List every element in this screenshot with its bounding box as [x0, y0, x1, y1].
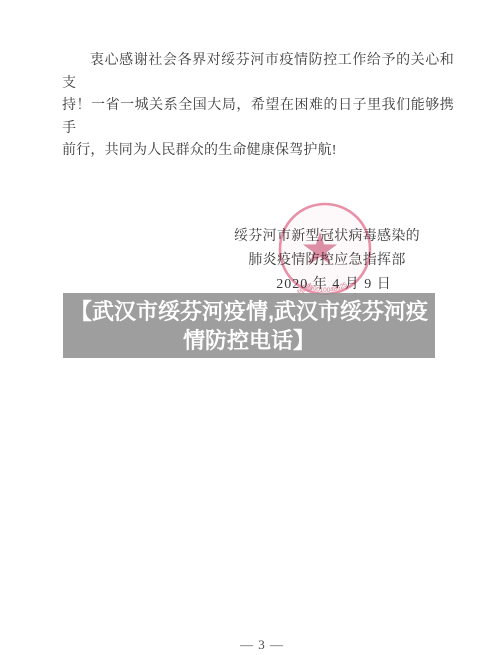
- scanned-document-page: 衷心感谢社会各界对绥芬河市疫情防控工作给予的关心和支 持！一省一城关系全国大局，…: [0, 0, 500, 655]
- paragraph-line: 衷心感谢社会各界对绥芬河市疫情防控工作给予的关心和支: [62, 50, 454, 95]
- paragraph-line: 持！一省一城关系全国大局，希望在困难的日子里我们能够携手: [62, 95, 454, 140]
- banner-text-line-1: 【武汉市绥芬河疫情,武汉市绥芬河疫: [63, 297, 435, 326]
- body-paragraph: 衷心感谢社会各界对绥芬河市疫情防控工作给予的关心和支 持！一省一城关系全国大局，…: [62, 50, 454, 163]
- caption-overlay-banner: 【武汉市绥芬河疫情,武汉市绥芬河疫 情防控电话】: [63, 293, 435, 358]
- page-number: — 3 —: [0, 637, 500, 653]
- official-seal: 绥芬河市新型冠状病毒感染的肺炎疫情防控应急指挥部 2310010048625: [276, 200, 374, 298]
- banner-text-line-2: 情防控电话】: [63, 326, 435, 355]
- paragraph-line: 前行，共同为人民群众的生命健康保驾护航!: [62, 140, 454, 163]
